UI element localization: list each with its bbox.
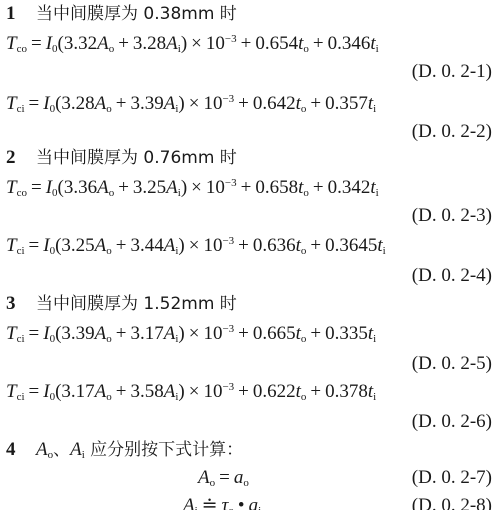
times-sign: × [185, 235, 204, 256]
plus-sign: + [112, 93, 131, 114]
subscript: o [243, 477, 249, 489]
subscript: co [17, 43, 27, 55]
coefficient: 3.17 [61, 381, 94, 402]
equation-number: (D. 0. 2-7) [412, 466, 492, 490]
coefficient: 0.342 [328, 177, 371, 198]
subscript: i [376, 43, 379, 55]
exponent: −3 [222, 323, 234, 335]
section-title: 当中间膜厚为 0.76mm 时 [36, 148, 237, 168]
times-sign: × [187, 33, 206, 54]
section-title: 应分别按下式计算： [85, 440, 243, 460]
coefficient: 3.32 [64, 33, 97, 54]
equation: Ao=ao [198, 466, 249, 490]
coefficient: 3.58 [130, 381, 163, 402]
variable-T: T [6, 235, 17, 256]
equation: Tco=I0(3.36Ao+3.25Ai)×10−3+0.658to+0.342… [0, 176, 379, 200]
equation: Tci=I0(3.25Ao+3.44Ai)×10−3+0.636to+0.364… [0, 234, 386, 258]
power-base: 10 [203, 323, 222, 344]
exponent: −3 [222, 381, 234, 393]
coefficient: 3.39 [61, 323, 94, 344]
subscript: ci [17, 333, 25, 345]
coefficient: 3.36 [64, 177, 97, 198]
exponent: −3 [225, 177, 237, 189]
variable-A: A [183, 495, 195, 510]
plus-sign: + [234, 93, 253, 114]
variable-a: a [234, 467, 244, 488]
times-sign: × [187, 177, 206, 198]
subscript: i [373, 103, 376, 115]
variable-A: A [97, 177, 109, 198]
equation: Tci=I0(3.28Ao+3.39Ai)×10−3+0.642to+0.357… [0, 92, 376, 116]
subscript: i [376, 187, 379, 199]
plus-sign: + [114, 33, 133, 54]
equals-sign: = [27, 33, 46, 54]
paren: ) [178, 323, 184, 344]
coefficient: 0.642 [253, 93, 296, 114]
subscript: o [106, 333, 112, 345]
paren: ) [178, 381, 184, 402]
coefficient: 3.28 [133, 33, 166, 54]
variable-A: A [95, 323, 107, 344]
coefficient: 3.25 [133, 177, 166, 198]
subscript: i [373, 391, 376, 403]
variable-A: A [164, 93, 176, 114]
equals-sign: ≐ [198, 495, 222, 510]
section-title: 当中间膜厚为 1.52mm 时 [36, 294, 237, 314]
variable-T: T [6, 93, 17, 114]
equals-sign: = [25, 323, 44, 344]
times-sign: × [185, 93, 204, 114]
section-heading: 4Ao、Ai 应分别按下式计算： [0, 438, 243, 462]
plus-sign: + [112, 235, 131, 256]
variable-T: T [6, 323, 17, 344]
plus-sign: + [234, 235, 253, 256]
times-sign: × [185, 381, 204, 402]
section-heading: 3当中间膜厚为 1.52mm 时 [0, 292, 237, 316]
variable-A: A [95, 381, 107, 402]
equation-number: (D. 0. 2-5) [412, 352, 492, 376]
coefficient: 0.654 [255, 33, 298, 54]
separator: 、 [53, 440, 70, 460]
paren: ) [178, 235, 184, 256]
subscript: o [106, 391, 112, 403]
variable-A: A [166, 177, 178, 198]
variable-A: A [198, 467, 210, 488]
equals-sign: = [27, 177, 46, 198]
exponent: −3 [222, 235, 234, 247]
equation-number: (D. 0. 2-3) [412, 204, 492, 228]
coefficient: 0.658 [255, 177, 298, 198]
variable-T: T [6, 381, 17, 402]
variable-A: A [97, 33, 109, 54]
equation: Tci=I0(3.39Ao+3.17Ai)×10−3+0.665to+0.335… [0, 322, 376, 346]
subscript: i [373, 333, 376, 345]
subscript: i [383, 245, 386, 257]
subscript: ci [17, 103, 25, 115]
equals-sign: = [25, 381, 44, 402]
plus-sign: + [309, 33, 328, 54]
variable-A: A [95, 93, 107, 114]
section-title: 当中间膜厚为 0.38mm 时 [36, 4, 237, 24]
variable-A: A [164, 235, 176, 256]
section-number: 3 [0, 292, 36, 316]
subscript: ci [17, 391, 25, 403]
subscript: o [106, 245, 112, 257]
variable-A: A [164, 323, 176, 344]
coefficient: 0.346 [328, 33, 371, 54]
coefficient: 0.378 [325, 381, 368, 402]
plus-sign: + [234, 323, 253, 344]
plus-sign: + [309, 177, 328, 198]
variable-A: A [164, 381, 176, 402]
section-number: 1 [0, 2, 36, 26]
subscript: ci [17, 245, 25, 257]
variable-A: A [95, 235, 107, 256]
subscript: o [106, 103, 112, 115]
section-heading: 2当中间膜厚为 0.76mm 时 [0, 146, 237, 170]
equation-number: (D. 0. 2-6) [412, 410, 492, 434]
coefficient: 0.3645 [325, 235, 377, 256]
section-heading: 1当中间膜厚为 0.38mm 时 [0, 2, 237, 26]
coefficient: 0.665 [253, 323, 296, 344]
coefficient: 3.39 [130, 93, 163, 114]
coefficient: 3.44 [130, 235, 163, 256]
equation-number: (D. 0. 2-4) [412, 264, 492, 288]
coefficient: 0.622 [253, 381, 296, 402]
equation-number: (D. 0. 2-2) [412, 120, 492, 144]
equals-sign: = [215, 467, 234, 488]
coefficient: 0.636 [253, 235, 296, 256]
variable-A: A [166, 33, 178, 54]
power-base: 10 [206, 177, 225, 198]
equation: Tco=I0(3.32Ao+3.28Ai)×10−3+0.654to+0.346… [0, 32, 379, 56]
coefficient: 3.25 [61, 235, 94, 256]
exponent: −3 [222, 93, 234, 105]
plus-sign: + [237, 177, 256, 198]
equation-number: (D. 0. 2-1) [412, 60, 492, 84]
exponent: −3 [225, 33, 237, 45]
section-number: 2 [0, 146, 36, 170]
section-number: 4 [0, 438, 36, 462]
variable-T: T [6, 177, 17, 198]
multiply-dot: • [234, 495, 249, 510]
plus-sign: + [306, 323, 325, 344]
coefficient: 3.17 [130, 323, 163, 344]
power-base: 10 [206, 33, 225, 54]
symbol-A-i: A [70, 439, 82, 460]
power-base: 10 [203, 235, 222, 256]
coefficient: 3.28 [61, 93, 94, 114]
plus-sign: + [112, 323, 131, 344]
coefficient: 0.335 [325, 323, 368, 344]
subscript: i [258, 505, 261, 510]
plus-sign: + [234, 381, 253, 402]
equals-sign: = [25, 235, 44, 256]
equation: Tci=I0(3.17Ao+3.58Ai)×10−3+0.622to+0.378… [0, 380, 376, 404]
times-sign: × [185, 323, 204, 344]
equation: Ai≐τo•ai [183, 494, 261, 510]
plus-sign: + [114, 177, 133, 198]
plus-sign: + [306, 235, 325, 256]
plus-sign: + [306, 381, 325, 402]
plus-sign: + [112, 381, 131, 402]
variable-T: T [6, 33, 17, 54]
coefficient: 0.357 [325, 93, 368, 114]
subscript: co [17, 187, 27, 199]
variable-a: a [249, 495, 259, 510]
equation-number: (D. 0. 2-8) [412, 494, 492, 510]
symbol-A-o: A [36, 439, 48, 460]
power-base: 10 [203, 381, 222, 402]
equals-sign: = [25, 93, 44, 114]
paren: ) [178, 93, 184, 114]
plus-sign: + [306, 93, 325, 114]
power-base: 10 [203, 93, 222, 114]
plus-sign: + [237, 33, 256, 54]
